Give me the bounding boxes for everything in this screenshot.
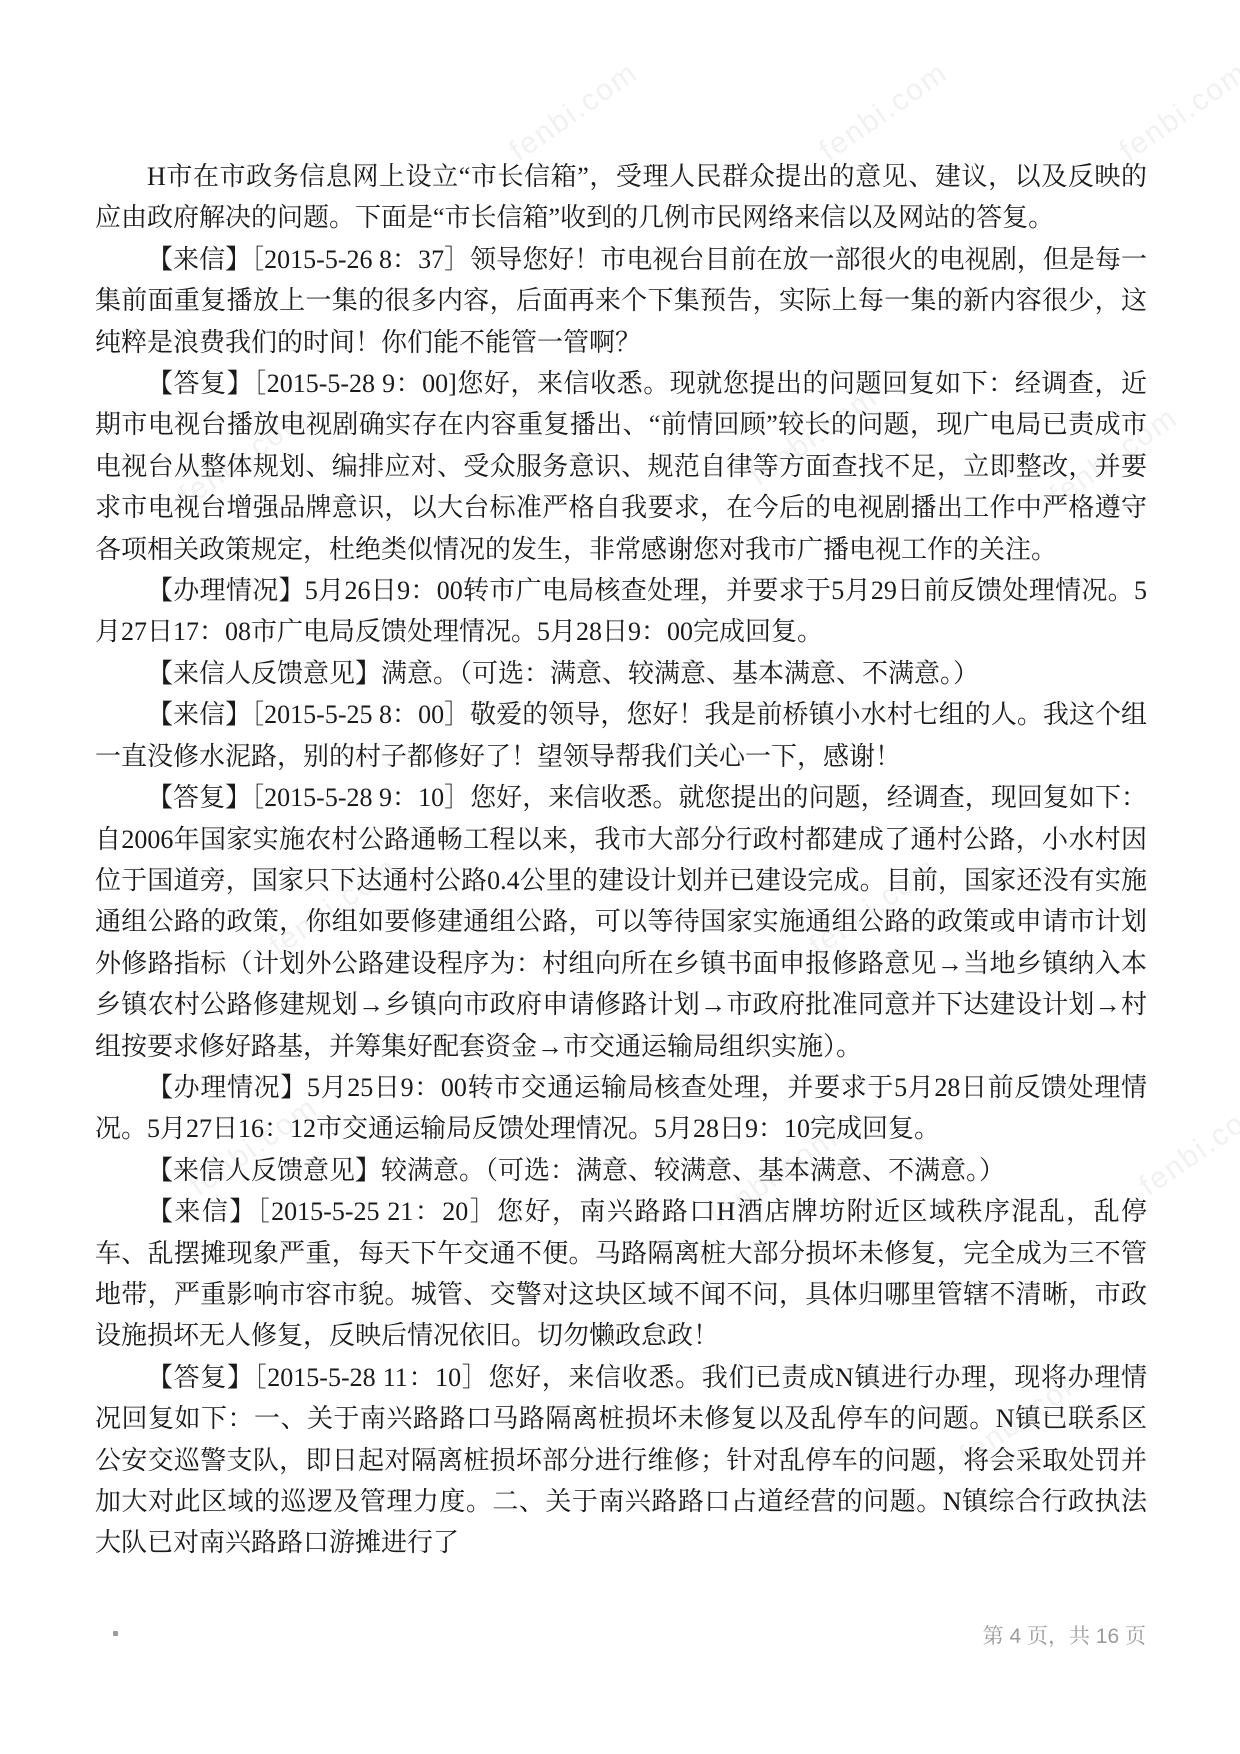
document-page: fenbi.com fenbi.com fenbi.com fenbi.com … bbox=[0, 0, 1240, 1754]
paragraph-letter-1: 【来信】［2015-5-26 8：37］领导您好！市电视台目前在放一部很火的电视… bbox=[95, 239, 1147, 363]
page-number-indicator: 第 4 页，共 16 页 bbox=[983, 1620, 1146, 1650]
paragraph-reply-1: 【答复】［2015-5-28 9：00]您好，来信收悉。现就您提出的问题回复如下… bbox=[95, 363, 1147, 570]
footer-dot bbox=[113, 1631, 118, 1636]
paragraph-letter-2: 【来信】［2015-5-25 8：00］敬爱的领导，您好！我是前桥镇小水村七组的… bbox=[95, 694, 1147, 777]
paragraph-feedback-2: 【来信人反馈意见】较满意。（可选：满意、较满意、基本满意、不满意。） bbox=[95, 1150, 1147, 1191]
paragraph-handling-2: 【办理情况】5月25日9：00转市交通运输局核查处理，并要求于5月28日前反馈处… bbox=[95, 1067, 1147, 1150]
watermark-text: fenbi.com bbox=[1134, 1091, 1240, 1204]
watermark-text: fenbi.com bbox=[504, 56, 645, 169]
paragraph-handling-1: 【办理情况】5月26日9：00转市广电局核查处理，并要求于5月29日前反馈处理情… bbox=[95, 570, 1147, 653]
paragraph-intro: H市在市政务信息网上设立“市长信箱”，受理人民群众提出的意见、建议，以及反映的应… bbox=[95, 156, 1147, 239]
watermark-text: fenbi.com bbox=[814, 56, 955, 169]
paragraph-letter-3: 【来信】［2015-5-25 21：20］您好，南兴路路口H酒店牌坊附近区域秩序… bbox=[95, 1191, 1147, 1357]
paragraph-reply-3: 【答复】［2015-5-28 11：10］您好，来信收悉。我们已责成N镇进行办理… bbox=[95, 1357, 1147, 1564]
document-body-text: H市在市政务信息网上设立“市长信箱”，受理人民群众提出的意见、建议，以及反映的应… bbox=[95, 156, 1147, 1564]
watermark-text: fenbi.com bbox=[1114, 56, 1240, 169]
paragraph-reply-2: 【答复】［2015-5-28 9：10］您好，来信收悉。就您提出的问题，经调查，… bbox=[95, 777, 1147, 1067]
paragraph-feedback-1: 【来信人反馈意见】满意。（可选：满意、较满意、基本满意、不满意。） bbox=[95, 653, 1147, 694]
